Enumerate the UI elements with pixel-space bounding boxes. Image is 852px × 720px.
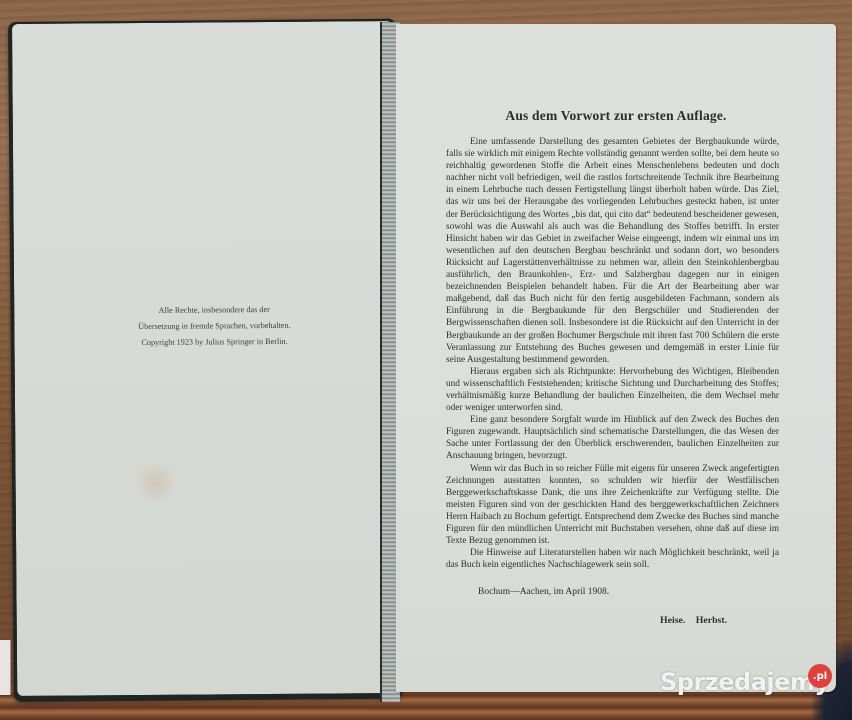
preface-paragraph: Hieraus ergaben sich als Richtpunkte: He… <box>446 366 779 414</box>
paper-label-strip <box>0 640 11 695</box>
imprint-line: Alle Rechte, insbesondere das der <box>109 302 319 320</box>
preface-paragraph: Die Hinweise auf Literaturstellen haben … <box>446 547 779 571</box>
left-page: Alle Rechte, insbesondere das der Überse… <box>12 21 397 696</box>
imprint-line: Copyright 1923 by Julius Springer in Ber… <box>109 334 319 352</box>
watermark-text: Sprzedajemy <box>660 668 830 696</box>
imprint-line: Übersetzung in fremde Sprachen, vorbehal… <box>109 318 319 336</box>
preface-body: Eine umfassende Darstellung des gesamten… <box>446 136 779 571</box>
preface-paragraph: Eine ganz besondere Sorgfalt wurde im Hi… <box>446 414 779 462</box>
preface-title: Aus dem Vorwort zur ersten Auflage. <box>396 108 836 124</box>
right-page: Aus dem Vorwort zur ersten Auflage. Eine… <box>396 24 836 692</box>
place-date: Bochum—Aachen, im April 1908. <box>478 587 609 597</box>
preface-paragraph: Wenn wir das Buch in so reicher Fülle mi… <box>446 463 779 548</box>
preface-paragraph: Eine umfassende Darstellung des gesamten… <box>446 136 779 366</box>
copyright-imprint: Alle Rechte, insbesondere das der Überse… <box>109 302 319 352</box>
watermark-badge-icon: .pl <box>808 664 832 688</box>
signers: Heise. Herbst. <box>660 615 727 626</box>
